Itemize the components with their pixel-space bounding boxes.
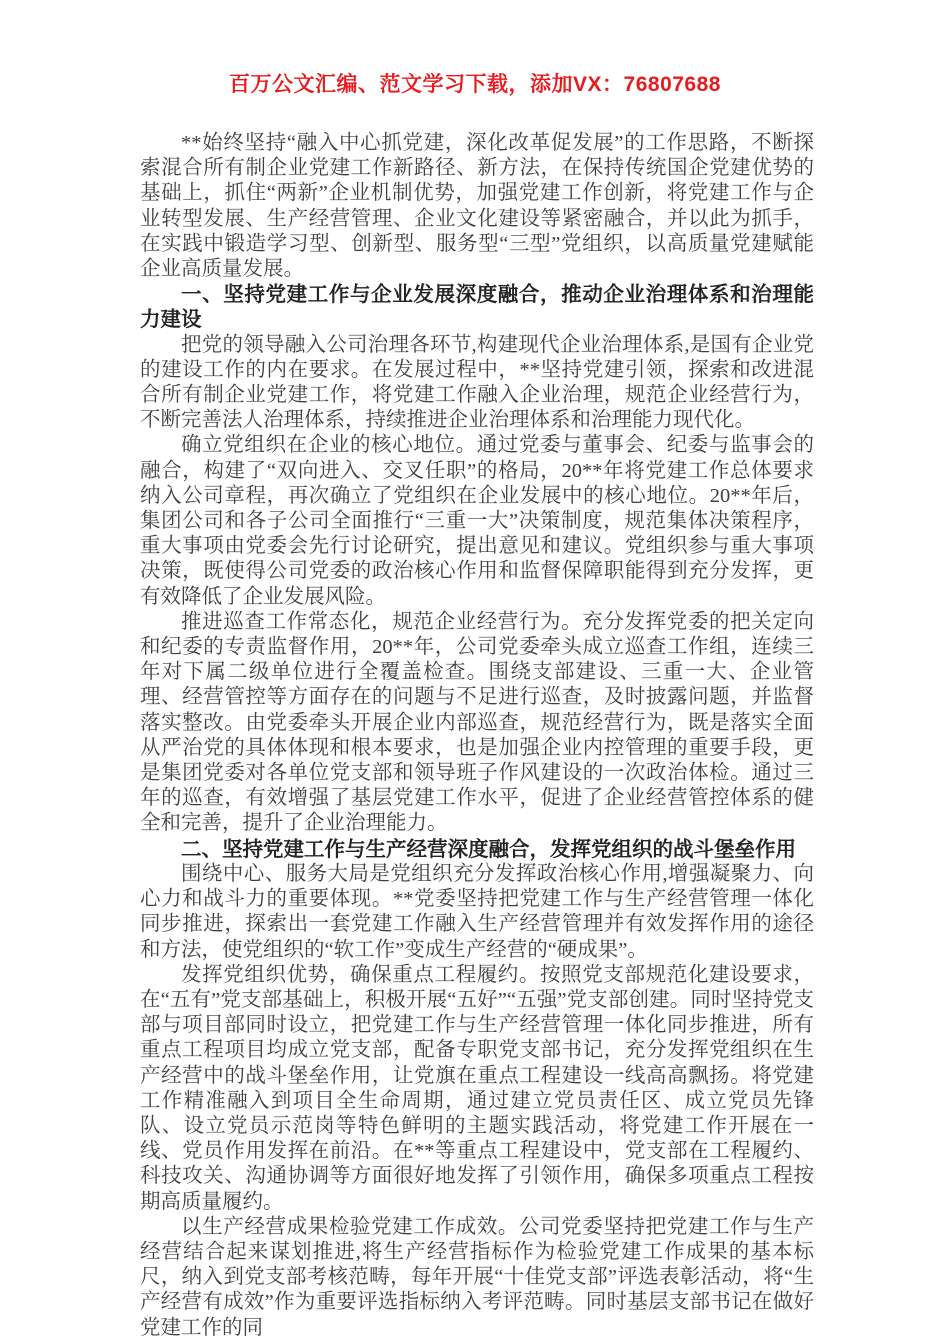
section-heading: 二、坚持党建工作与生产经营深度融合，发挥党组织的战斗堡垒作用	[140, 837, 814, 862]
header-notice-bar: 百万公文汇编、范文学习下载，添加VX：76807688	[0, 0, 950, 98]
paragraph: 确立党组织在企业的核心地位。通过党委与董事会、纪委与监事会的融合，构建了“双向进…	[140, 433, 814, 609]
paragraph: 把党的领导融入公司治理各环节,构建现代企业治理体系,是国有企业党的建设工作的内在…	[140, 333, 814, 434]
paragraph: **始终坚持“融入中心抓党建，深化改革促发展”的工作思路，不断探索混合所有制企业…	[140, 131, 814, 282]
document-body: **始终坚持“融入中心抓党建，深化改革促发展”的工作思路，不断探索混合所有制企业…	[140, 131, 814, 1341]
section-heading: 一、坚持党建工作与企业发展深度融合，推动企业治理体系和治理能力建设	[140, 282, 814, 332]
download-notice-text: 百万公文汇编、范文学习下载，添加VX：76807688	[229, 73, 721, 96]
paragraph: 围绕中心、服务大局是党组织充分发挥政治核心作用,增强凝聚力、向心力和战斗力的重要…	[140, 862, 814, 963]
paragraph: 以生产经营成果检验党建工作成效。公司党委坚持把党建工作与生产经营结合起来谋划推进…	[140, 1215, 814, 1341]
paragraph: 推进巡查工作常态化，规范企业经营行为。充分发挥党委的把关定向和纪委的专责监督作用…	[140, 610, 814, 837]
paragraph: 发挥党组织优势，确保重点工程履约。按照党支部规范化建设要求，在“五有”党支部基础…	[140, 963, 814, 1215]
document-page: 百万公文汇编、范文学习下载，添加VX：76807688 **始终坚持“融入中心抓…	[0, 0, 950, 1344]
